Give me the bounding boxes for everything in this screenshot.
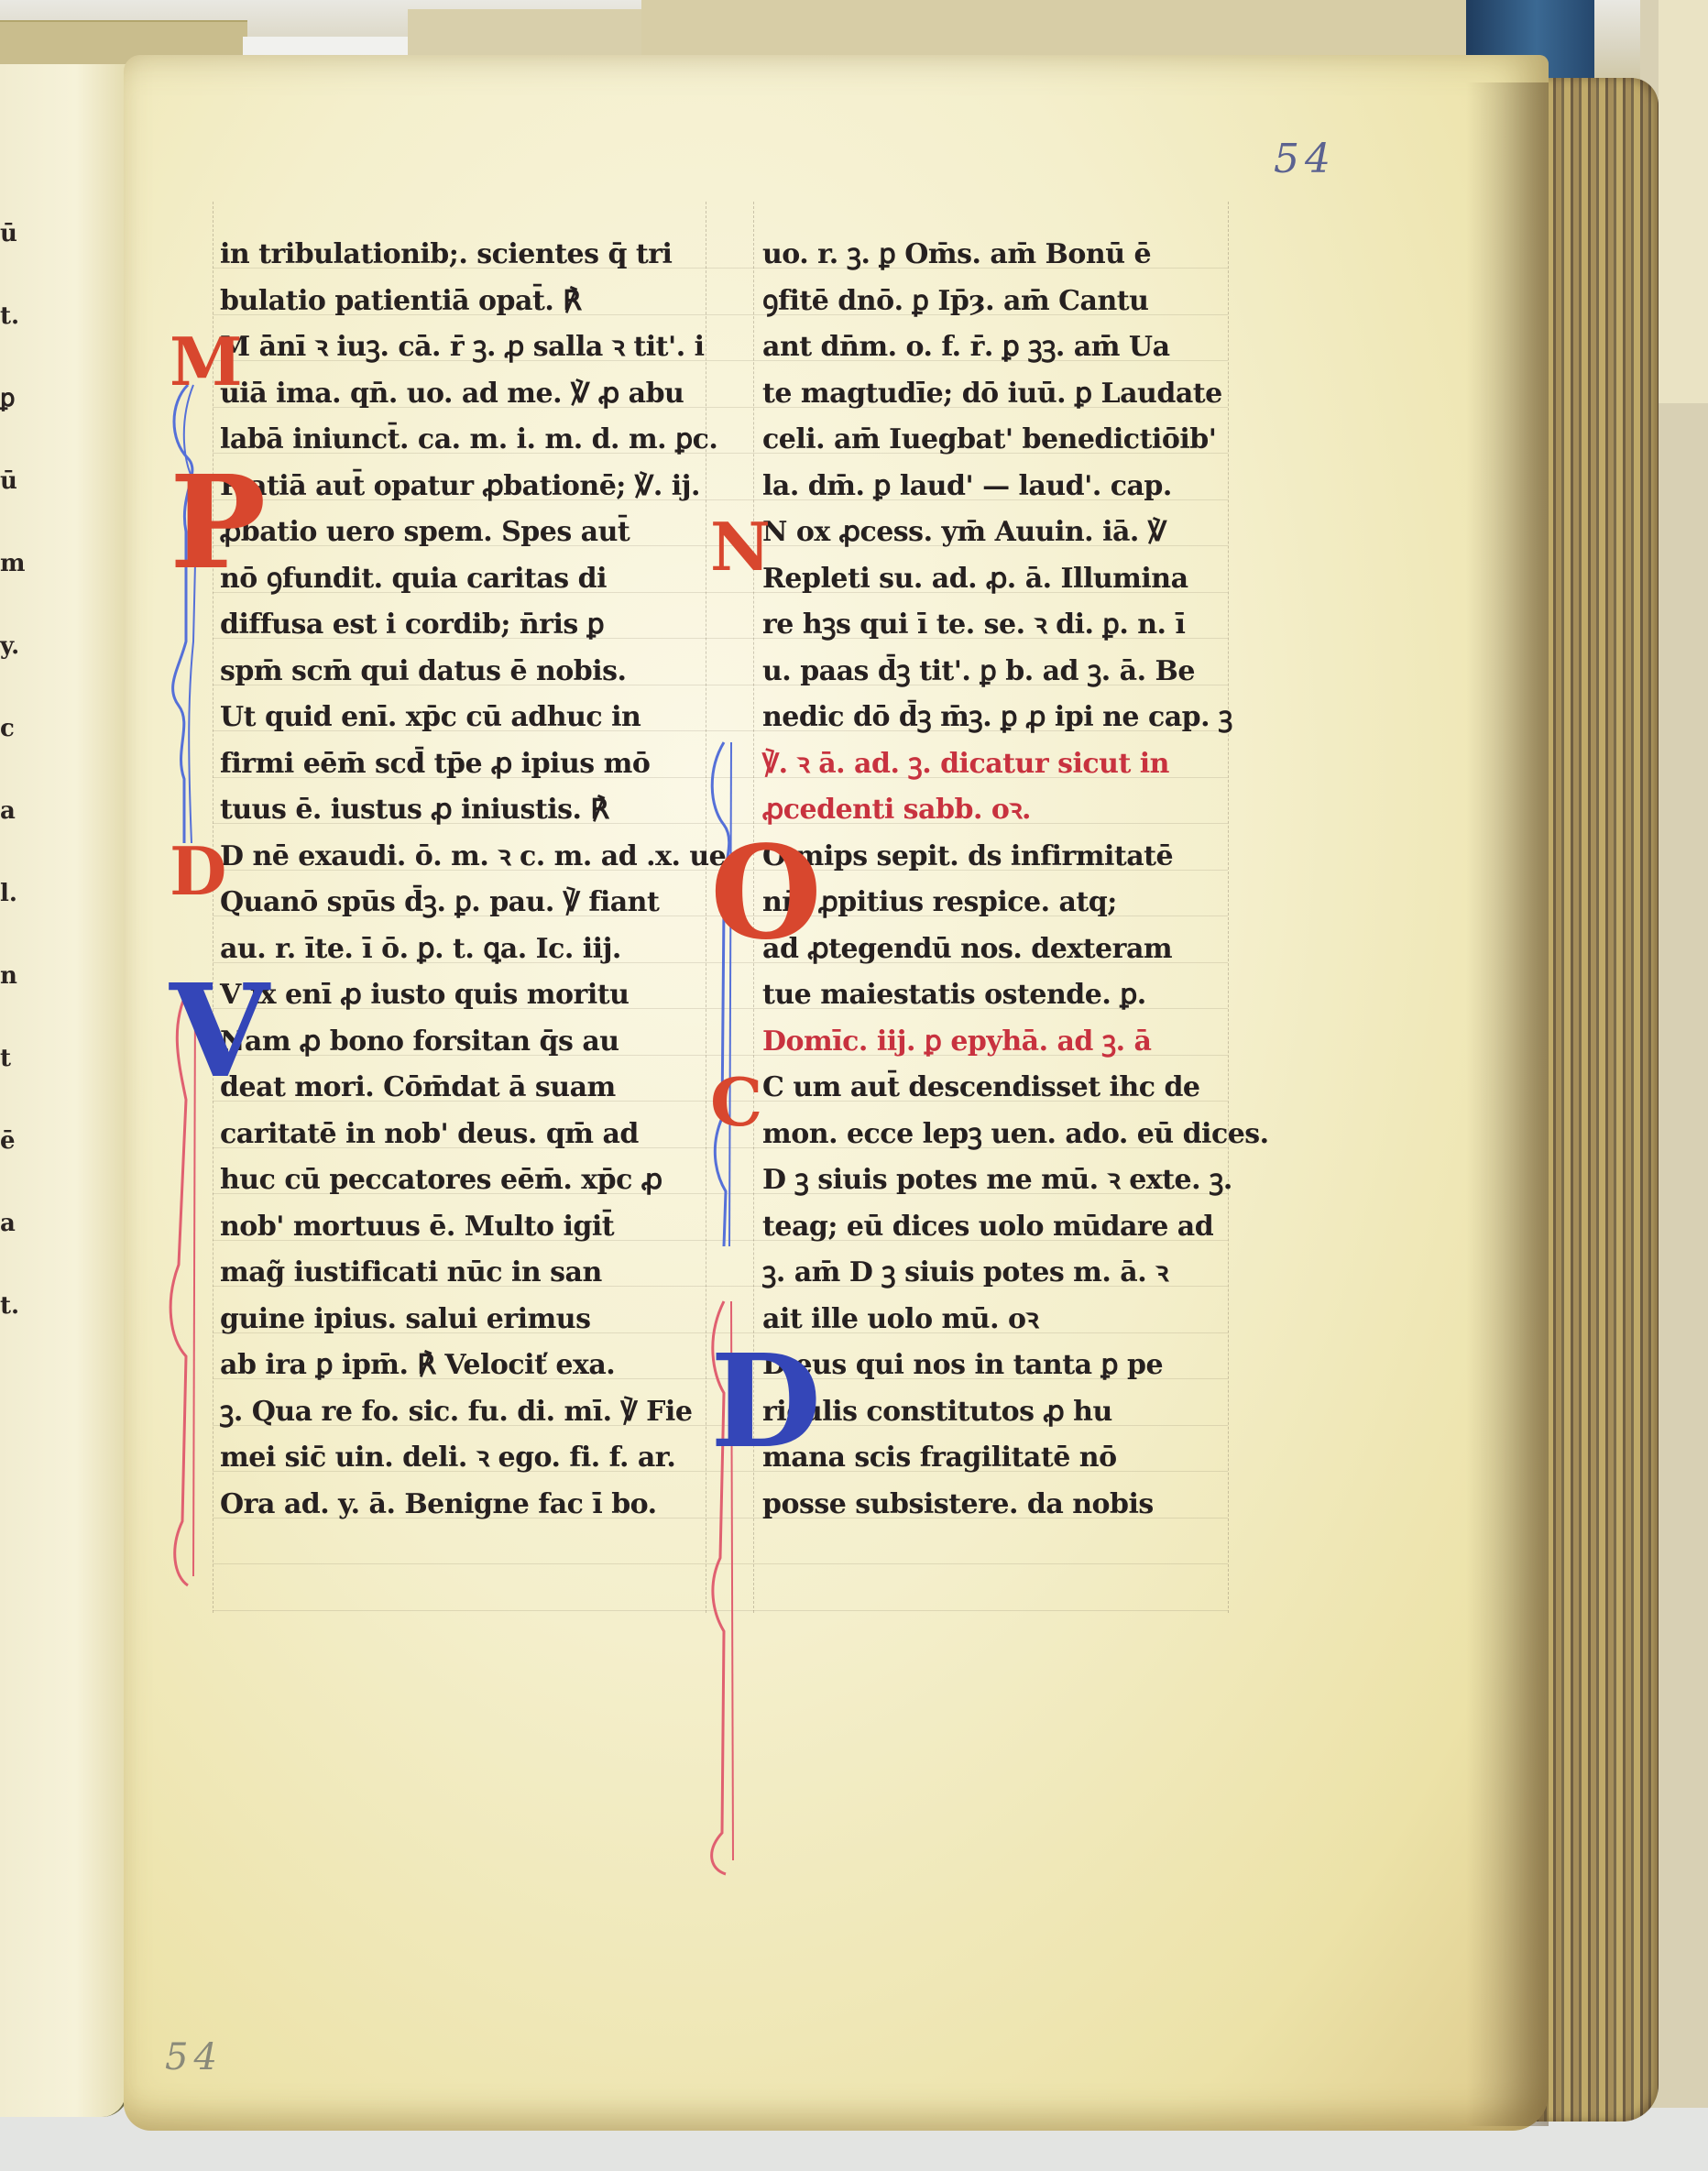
text-line: posse subsistere. da nobis xyxy=(762,1486,1154,1523)
text-line: ad ꝓtegendū nos. dexteram xyxy=(762,931,1172,968)
text-line: mei sic̄ uin. deli. ꝛ ego. fi. f. ar. xyxy=(220,1440,675,1476)
text-line: mon. ecce lepꝫ uen. ado. eū dices. xyxy=(762,1116,1269,1153)
text-line: teag; eū dices uolo mūdare ad xyxy=(762,1209,1213,1245)
text-line: firmi eēm̄ scd̄ tp̄e ꝓ ipius mō xyxy=(220,746,650,783)
text-line: huc cū peccatores eēm̄. xp̄c ꝓ xyxy=(220,1162,662,1199)
left-page-fragment: y. xyxy=(0,632,19,660)
text-line: ꝫ. Qua re fo. sic. fu. di. mī. ℣ Fie xyxy=(220,1394,692,1431)
text-line: spm̄ scm̄ qui datus ē nobis. xyxy=(220,653,627,690)
text-line: Repleti su. ad. ꝓ. ā. Illumina xyxy=(762,561,1188,598)
initial-p-red: P xyxy=(170,459,266,587)
left-page-fragment: ū xyxy=(0,220,17,247)
text-line: nob' mortuus ē. Multo igit̄ xyxy=(220,1209,614,1245)
left-page-fragment: t xyxy=(0,1045,11,1072)
text-line: celi. am̄ Iuegbat' benedictiōib' xyxy=(762,422,1216,458)
left-page-fragment: a xyxy=(0,1210,16,1237)
left-page-fragment: n xyxy=(0,962,17,990)
left-page-fragment: t. xyxy=(0,302,19,330)
text-line: Quanō spūs d̄ꝫ. ꝑ. pau. ℣ fiant xyxy=(220,884,659,921)
text-line: D ꝫ siuis potes me mū. ꝛ exte. ꝫ. xyxy=(762,1162,1232,1199)
text-line: nedic dō d̄ꝫ m̄ꝫ. ꝑ ꝓ ipi ne cap. ꝫ xyxy=(762,699,1232,736)
left-page-fragment: ꝑ xyxy=(0,385,16,412)
text-line: M ānī ꝛ iuꝫ. cā. r̄ ꝫ. ꝓ salla ꝛ tit'. i xyxy=(220,329,705,366)
text-line: Nam ꝓ bono forsitan q̄s au xyxy=(220,1024,619,1060)
page-edge-shadow xyxy=(1466,82,1549,2126)
background-paper-scrap xyxy=(641,0,1466,55)
left-page-edge: ūt.ꝑūmy.cal.ntēat. xyxy=(0,64,129,2117)
text-line: deat mori. Cōm̄dat ā suam xyxy=(220,1069,616,1106)
initial-d-red: D xyxy=(170,839,226,905)
text-line: N ox ꝓcess. ym̄ Auuin. iā. ℣ xyxy=(762,514,1166,551)
text-line: bulatio patientiā opat̄. ℟ xyxy=(220,283,581,320)
text-line: D eus qui nos in tanta ꝑ pe xyxy=(762,1347,1163,1384)
text-line: P atiā aut̄ opatur ꝓbationē; ℣. ij. xyxy=(220,468,700,505)
folio-number-top: 54 xyxy=(1274,136,1336,182)
folio-number-bottom: 54 xyxy=(165,2036,223,2078)
text-line: Domīc. iij. ꝑ epyhā. ad ꝫ. ā xyxy=(762,1024,1152,1060)
initial-n-red: N xyxy=(710,514,771,580)
text-line: tuus ē. iustus ꝓ iniustis. ℟ xyxy=(220,792,608,828)
text-line: uo. r. ꝫ. ꝑ Om̄s. am̄ Bonū ē xyxy=(762,236,1151,273)
ruling-vertical xyxy=(1228,202,1229,1613)
text-line: V ix enī ꝓ iusto quis moritu xyxy=(220,977,629,1014)
left-page-fragment: ē xyxy=(0,1127,16,1155)
text-line: guine ipius. salui erimus xyxy=(220,1301,591,1338)
text-line: Ut quid enī. xp̄c cū adhuc in xyxy=(220,699,640,736)
text-line: uiā ima. qn̄. uo. ad me. ℣ ꝓ abu xyxy=(220,376,684,412)
text-line: te magtudīe; dō iuū. ꝑ Laudate xyxy=(762,376,1222,412)
left-page-fragment: t. xyxy=(0,1292,19,1320)
text-line: diffusa est i cordib; n̄ris ꝑ xyxy=(220,607,604,643)
initial-d-blue: D xyxy=(710,1338,821,1466)
text-line: labā iniunct̄. ca. m. i. m. d. m. ꝑc. xyxy=(220,422,717,458)
text-line: caritatē in nob' deus. qm̄ ad xyxy=(220,1116,639,1153)
left-page-fragment: l. xyxy=(0,880,17,907)
text-line: O mips sepit. ds infirmitatē xyxy=(762,839,1173,875)
text-line: u. paas d̄ꝫ tit'. ꝑ b. ad ꝫ. ā. Be xyxy=(762,653,1195,690)
initial-o-red: O xyxy=(710,829,822,958)
text-line: ant dn̄m. o. f. r̄. ꝑ ꝫꝫ. am̄ Ua xyxy=(762,329,1170,366)
text-line: ꝯfitē dnō. ꝑ Ip̄ȝ. am̄ Cantu xyxy=(762,283,1148,320)
text-line: re hꝫs qui ī te. se. ꝛ di. ꝑ. n. ī xyxy=(762,607,1185,643)
text-line: C um aut̄ descendisset ihc de xyxy=(762,1069,1200,1106)
initial-m-red: M xyxy=(170,329,243,395)
text-line: ab ira ꝑ ipm̄. ℟ Velociť exa. xyxy=(220,1347,615,1384)
text-line: Ora ad. y. ā. Benigne fac ī bo. xyxy=(220,1486,657,1523)
left-page-fragment: a xyxy=(0,797,16,825)
initial-v-blue: V xyxy=(170,968,269,1096)
left-page-fragment: ū xyxy=(0,467,17,495)
text-line: ꝫ. am̄ D ꝫ siuis potes m. ā. ꝛ xyxy=(762,1255,1168,1291)
text-line: ℣. ꝛ ā. ad. ꝫ. dicatur sicut in xyxy=(762,746,1169,783)
text-line: ꝓbatio uero spem. Spes aut̄ xyxy=(220,514,630,551)
initial-c-red: C xyxy=(710,1069,762,1135)
left-page-fragment: c xyxy=(0,715,15,742)
text-line: nō ꝯfundit. quia caritas di xyxy=(220,561,607,598)
text-line: au. r. īte. ī ō. ꝑ. t. ꝗa. Ic. iij. xyxy=(220,931,621,968)
text-line: la. dm̄. ꝑ laud' — laud'. cap. xyxy=(762,468,1172,505)
text-line: mag̃ iustificati nūc in san xyxy=(220,1255,602,1291)
background-paper-scrap xyxy=(1659,0,1708,403)
left-page-fragment: m xyxy=(0,550,26,577)
text-line: D nē exaudi. ō. m. ꝛ c. m. ad .x. ue xyxy=(220,839,726,875)
text-line: tue maiestatis ostende. ꝑ. xyxy=(762,977,1146,1014)
text-line: in tribulationib;. scientes q̄ tri xyxy=(220,236,672,273)
